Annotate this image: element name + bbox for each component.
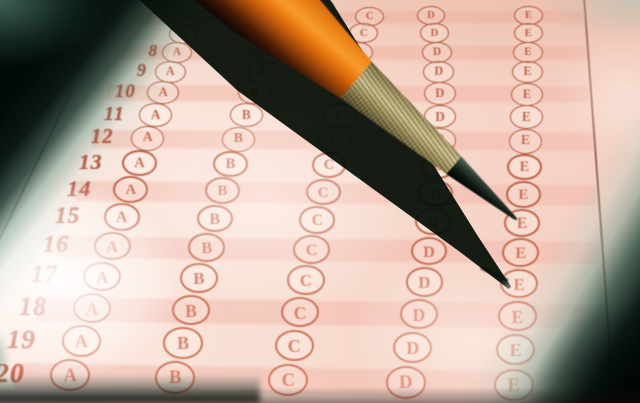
bubble-letter: C bbox=[308, 181, 339, 206]
bubble-letter: E bbox=[508, 183, 539, 208]
bubble-10-D: D bbox=[424, 82, 456, 105]
bubble-letter: D bbox=[423, 155, 453, 179]
bubble-letter: A bbox=[64, 327, 99, 356]
bubble-letter: B bbox=[239, 82, 269, 103]
bubble-letter: A bbox=[148, 82, 178, 103]
bubble-8-C: C bbox=[343, 42, 373, 63]
bubble-letter: E bbox=[511, 106, 542, 128]
bubble-letter: A bbox=[115, 178, 146, 203]
bubble-15-A: A bbox=[104, 203, 140, 231]
bubble-letter: E bbox=[512, 84, 542, 105]
bubble-9-A: A bbox=[155, 61, 186, 83]
question-number-12: 12 bbox=[44, 126, 114, 149]
bubble-letter: E bbox=[504, 240, 537, 267]
bubble-20-B: B bbox=[155, 361, 195, 393]
bubble-14-C: C bbox=[306, 179, 341, 206]
bubble-19-C: C bbox=[275, 330, 314, 361]
bubble-20-E: E bbox=[494, 369, 534, 401]
bubble-12-A: A bbox=[131, 126, 164, 151]
bubble-11-A: A bbox=[139, 103, 172, 127]
bubble-letter: C bbox=[356, 8, 382, 25]
bubble-9-D: D bbox=[423, 61, 454, 83]
bubble-letter: C bbox=[344, 43, 372, 62]
bubble-letter: E bbox=[510, 130, 541, 153]
bubble-13-B: B bbox=[213, 151, 247, 177]
bubble-letter: B bbox=[264, 25, 291, 43]
question-number-20: 20 bbox=[0, 358, 25, 390]
bubble-14-E: E bbox=[506, 181, 541, 208]
bubble-letter: D bbox=[408, 269, 442, 297]
bubble-16-B: B bbox=[188, 233, 225, 262]
bubble-letter: A bbox=[96, 234, 129, 261]
bubble-letter: A bbox=[124, 152, 154, 176]
bubble-letter: C bbox=[283, 299, 318, 328]
bubble-18-A: A bbox=[73, 293, 112, 324]
bubble-letter: E bbox=[514, 43, 542, 62]
bubble-19-D: D bbox=[393, 332, 432, 363]
bubble-letter: E bbox=[509, 156, 539, 180]
bubble-letter: E bbox=[498, 336, 533, 365]
bubble-6-E: E bbox=[514, 6, 542, 25]
bubble-8-E: E bbox=[513, 42, 543, 63]
bubble-20-A: A bbox=[50, 359, 90, 391]
bubble-letter: C bbox=[319, 129, 350, 152]
bubble-letter: A bbox=[170, 25, 197, 43]
bubble-17-A: A bbox=[83, 262, 121, 292]
question-number-16: 16 bbox=[0, 231, 69, 259]
bubble-letter: D bbox=[424, 129, 455, 152]
bubble-letter: D bbox=[421, 24, 448, 42]
bubble-11-E: E bbox=[510, 105, 543, 129]
bubble-15-C: C bbox=[299, 206, 335, 234]
bubble-15-E: E bbox=[504, 209, 540, 237]
bubble-letter: A bbox=[176, 8, 202, 25]
bubble-letter: C bbox=[301, 208, 333, 234]
bubble-11-C: C bbox=[324, 104, 357, 128]
bubble-letter: A bbox=[75, 295, 110, 324]
bubble-letter: D bbox=[418, 7, 444, 24]
question-number-13: 13 bbox=[33, 150, 103, 175]
bubble-13-E: E bbox=[507, 154, 541, 180]
bubble-letter: E bbox=[506, 211, 538, 237]
bubble-letter: A bbox=[85, 264, 119, 292]
question-number-19: 19 bbox=[0, 324, 36, 355]
answer-grid: ABCDEABCDE8ABCDE9ABCDE10ABCDE11ABCDE12AB… bbox=[0, 0, 640, 403]
bubble-12-E: E bbox=[509, 129, 542, 154]
bubble-16-C: C bbox=[293, 235, 330, 264]
bubble-19-E: E bbox=[496, 334, 535, 365]
bubble-letter: C bbox=[270, 366, 306, 396]
bubble-letter: B bbox=[215, 153, 245, 177]
bubble-letter: D bbox=[420, 182, 451, 207]
bubble-letter: A bbox=[163, 43, 191, 62]
bubble-letter: D bbox=[402, 301, 437, 330]
bubble-12-B: B bbox=[222, 127, 255, 152]
bubble-18-C: C bbox=[281, 297, 320, 328]
bubble-letter: E bbox=[502, 271, 536, 299]
bubble-letter: D bbox=[425, 106, 456, 128]
bubble-9-C: C bbox=[337, 61, 368, 83]
question-number-14: 14 bbox=[21, 176, 91, 202]
bubble-7-B: B bbox=[263, 24, 292, 44]
bubble-18-E: E bbox=[498, 301, 537, 332]
question-number-10: 10 bbox=[66, 81, 136, 103]
bubble-7-D: D bbox=[420, 23, 449, 43]
bubble-16-E: E bbox=[502, 238, 539, 267]
bubble-14-B: B bbox=[205, 177, 240, 204]
bubble-8-B: B bbox=[255, 42, 285, 63]
bubble-letter: C bbox=[325, 105, 356, 127]
bubble-letter: B bbox=[165, 329, 200, 358]
bubble-15-B: B bbox=[197, 205, 233, 233]
bubble-letter: B bbox=[248, 62, 277, 82]
bubble-letter: B bbox=[182, 265, 216, 293]
bubble-letter: C bbox=[289, 267, 323, 295]
bubble-13-D: D bbox=[421, 153, 455, 179]
question-number-17: 17 bbox=[0, 261, 58, 289]
bubble-letter: B bbox=[174, 297, 209, 326]
bubble-16-D: D bbox=[411, 237, 448, 266]
bubble-letter: A bbox=[52, 361, 88, 391]
bubble-letter: B bbox=[207, 179, 238, 204]
bubble-14-A: A bbox=[113, 176, 148, 203]
bubble-17-E: E bbox=[500, 269, 538, 299]
bubble-18-D: D bbox=[400, 299, 439, 330]
bubble-letter: C bbox=[314, 154, 344, 178]
bubble-letter: D bbox=[395, 334, 430, 363]
bubble-14-D: D bbox=[418, 180, 453, 207]
bubble-letter: C bbox=[350, 24, 377, 42]
question-number-9: 9 bbox=[77, 60, 147, 81]
question-number-8: 8 bbox=[88, 41, 158, 61]
bubble-7-E: E bbox=[514, 23, 543, 43]
bubble-letter: B bbox=[190, 235, 223, 262]
bubble-letter: D bbox=[417, 210, 449, 236]
bubble-letter: E bbox=[515, 24, 542, 42]
bubble-letter: A bbox=[106, 205, 138, 231]
bubble-20-D: D bbox=[386, 366, 426, 398]
bubble-17-B: B bbox=[180, 263, 218, 293]
bubble-letter: E bbox=[513, 62, 542, 82]
bubble-letter: A bbox=[132, 127, 163, 150]
bubble-19-A: A bbox=[62, 325, 101, 356]
bubble-letter: B bbox=[256, 43, 284, 62]
bubble-17-C: C bbox=[287, 265, 325, 295]
bubble-20-C: C bbox=[268, 364, 308, 396]
bubble-9-E: E bbox=[512, 61, 543, 83]
bubble-9-B: B bbox=[247, 61, 278, 83]
bubble-10-B: B bbox=[238, 81, 270, 104]
bubble-8-A: A bbox=[162, 42, 192, 63]
bubble-12-C: C bbox=[318, 128, 351, 153]
question-number-15: 15 bbox=[10, 203, 80, 230]
bubble-13-C: C bbox=[312, 152, 346, 178]
bubble-19-B: B bbox=[163, 327, 202, 358]
bubble-11-B: B bbox=[230, 103, 263, 127]
bubble-letter: C bbox=[338, 62, 367, 82]
bubble-10-C: C bbox=[331, 82, 363, 105]
bubble-letter: B bbox=[273, 8, 299, 25]
bubble-letter: C bbox=[295, 237, 328, 264]
bubble-letter: B bbox=[199, 207, 231, 233]
bubble-letter: C bbox=[332, 83, 362, 104]
bubble-12-D: D bbox=[423, 128, 456, 153]
question-number-18: 18 bbox=[0, 292, 47, 322]
bubble-letter: A bbox=[156, 62, 185, 82]
bubble-10-A: A bbox=[147, 81, 179, 104]
bubble-letter: E bbox=[496, 371, 532, 401]
bubble-13-A: A bbox=[122, 150, 156, 176]
bubble-10-E: E bbox=[511, 83, 543, 106]
bubble-letter: B bbox=[223, 128, 254, 151]
bubble-letter: C bbox=[277, 332, 312, 361]
bubble-letter: A bbox=[140, 104, 171, 126]
bubble-letter: E bbox=[500, 303, 535, 332]
photo-scene: ABCDEABCDE8ABCDE9ABCDE10ABCDE11ABCDE12AB… bbox=[0, 0, 640, 403]
bubble-11-D: D bbox=[424, 105, 457, 129]
bubble-letter: D bbox=[424, 62, 453, 82]
bubble-letter: D bbox=[413, 239, 446, 266]
bubble-letter: D bbox=[425, 83, 455, 104]
bubble-17-D: D bbox=[406, 267, 444, 297]
bubble-16-A: A bbox=[94, 232, 131, 261]
bubble-letter: E bbox=[515, 7, 541, 24]
bubble-8-D: D bbox=[422, 42, 452, 63]
bubble-18-B: B bbox=[172, 295, 211, 326]
bubble-letter: D bbox=[423, 43, 451, 62]
bubble-15-D: D bbox=[415, 208, 451, 236]
bubble-letter: B bbox=[157, 363, 193, 393]
bubble-letter: B bbox=[231, 104, 262, 126]
bubble-letter: D bbox=[388, 368, 424, 398]
bubble-7-A: A bbox=[169, 24, 198, 44]
bubble-7-C: C bbox=[349, 23, 378, 43]
